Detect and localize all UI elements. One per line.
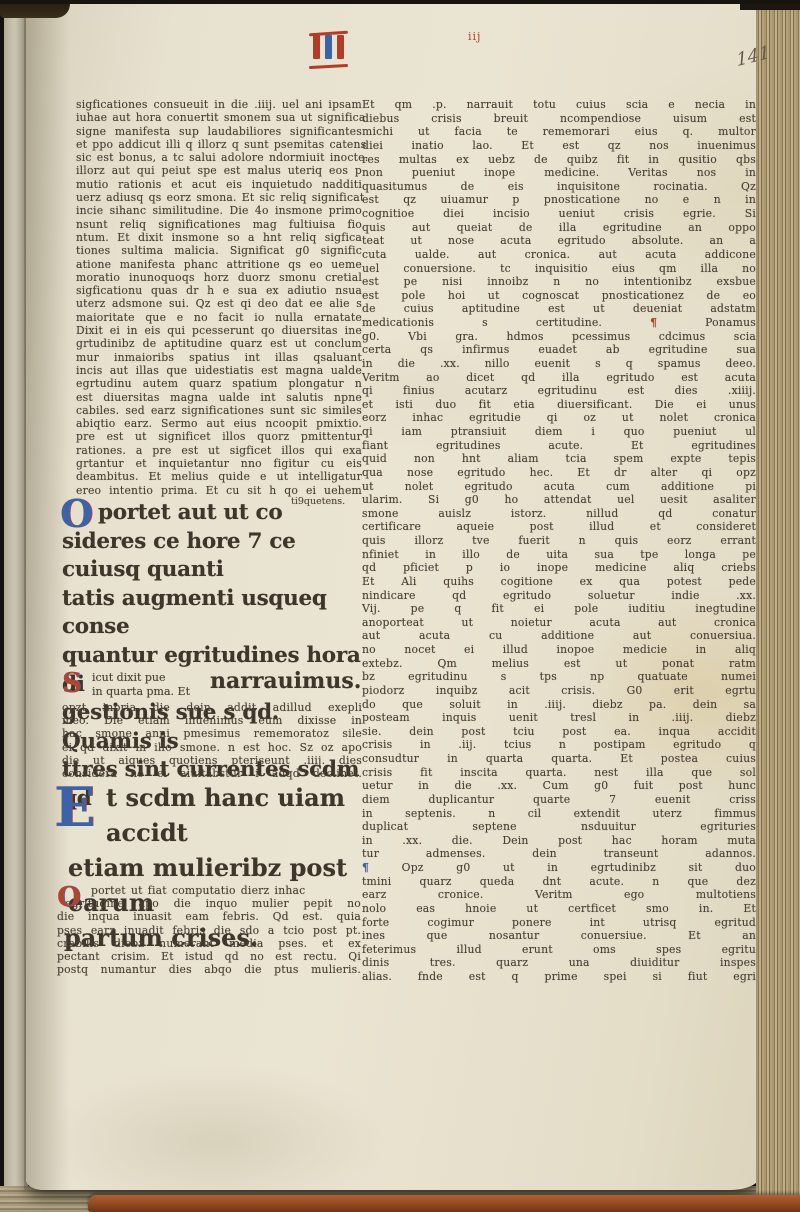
leather-binding-edge xyxy=(88,1195,800,1212)
left-column-block-c: Oportet ut fiat computatio dierz inhac e… xyxy=(57,884,361,976)
margin-note: ti9quetens. xyxy=(291,496,345,507)
illuminated-initial-s-red: S xyxy=(62,670,82,697)
sicut-small-line-2: in quarta pma. Et xyxy=(92,685,190,699)
sicut-row: S icut dixit pue in quarta pma. Et narra… xyxy=(62,672,362,704)
illuminated-initial-o-red: O xyxy=(57,884,81,911)
quire-mark: iij xyxy=(468,30,481,43)
heading-numeral xyxy=(309,32,348,68)
numeral-stroke xyxy=(337,35,344,59)
block-c-first-line-text: portet ut fiat computatio dierz inhac xyxy=(91,884,305,897)
binding-gutter xyxy=(4,0,28,1212)
left-column-block-a: sigficationes consueuit in die .iiij. ue… xyxy=(76,98,362,497)
pilcrow-icon: ¶ xyxy=(362,861,369,874)
pilcrow-icon: ¶ xyxy=(650,316,657,329)
numeral-stroke xyxy=(325,35,332,59)
fore-edge-pages xyxy=(756,0,800,1212)
right-column: Et qm .p. narrauit totu cuius scia e nec… xyxy=(362,98,756,984)
illuminated-initial-e-blue: E xyxy=(54,780,95,834)
block-c-lines: egritudine apo die inquo mulier pepit no… xyxy=(57,897,361,976)
rubric-2-first-line-text: t scdm hanc uiam accidt xyxy=(106,783,345,847)
left-column-block-b: opzt inpria die dein addit adillud exepl… xyxy=(62,701,362,780)
sicut-big-word: narrauimus. xyxy=(210,668,361,694)
sicut-small-line-1: icut dixit pue xyxy=(92,671,190,685)
sicut-small-lines: icut dixit pue in quarta pma. Et xyxy=(92,671,190,699)
top-edge-shadow xyxy=(0,0,800,4)
illuminated-initial-o-blue: O xyxy=(60,495,93,533)
numeral-stroke xyxy=(313,35,320,59)
rubric-2-first-line: Et scdm hanc uiam accidt xyxy=(56,780,366,850)
block-c-first-line: Oportet ut fiat computatio dierz inhac xyxy=(57,884,361,897)
rubric-1-first-line-text: portet aut ut co xyxy=(98,500,282,525)
